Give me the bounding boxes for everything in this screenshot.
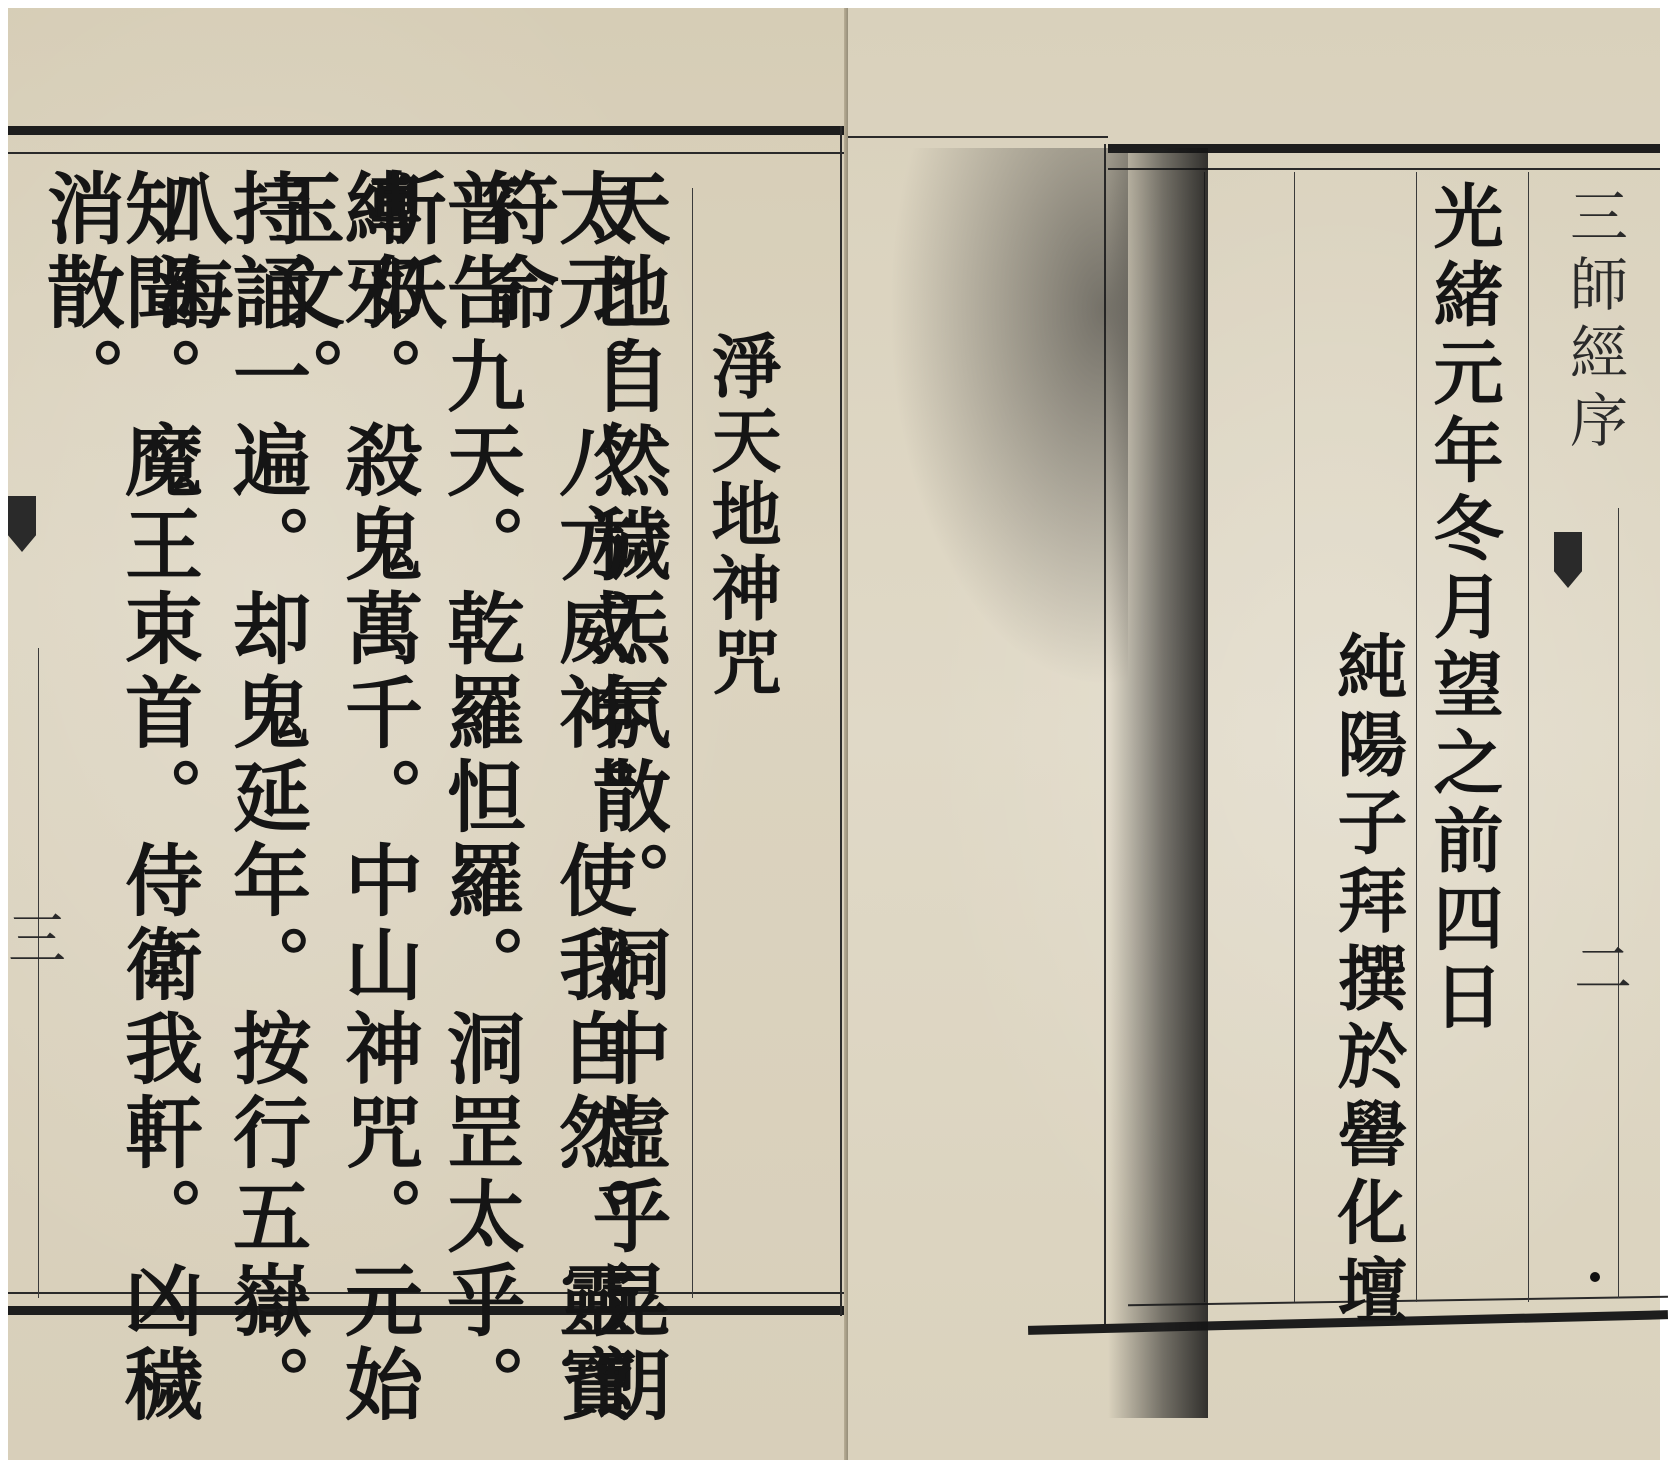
margin-fragment: 三 bbox=[0, 908, 74, 976]
column-divider bbox=[692, 188, 693, 1298]
margin-title: 三師經序 bbox=[1552, 186, 1636, 458]
column-rule-2 bbox=[1294, 172, 1295, 1302]
column-rule-4 bbox=[1528, 172, 1529, 1302]
date-column: 光緒元年冬月望之前四日 bbox=[1428, 180, 1498, 1038]
text-column-6: 知聞。魔王束首。侍衛我軒。凶穢消散。 bbox=[40, 168, 196, 1460]
ink-bleed-smudge bbox=[888, 148, 1128, 688]
top-border-left-segment bbox=[848, 136, 1108, 138]
incantation-title: 淨天地神咒 bbox=[706, 330, 776, 700]
right-frame-line bbox=[840, 126, 842, 1316]
fishtail-mark bbox=[1554, 532, 1582, 588]
page-number: 二 bbox=[1556, 938, 1640, 1006]
left-page: 淨天地神咒 天地自然穢炁氛散。洞中虛乎晃朗 太元。八方威神。使我自然。靈寶符命 … bbox=[8, 8, 848, 1460]
author-column: 純陽子拜撰於嚳化壇 bbox=[1332, 630, 1402, 1332]
top-border-thick bbox=[8, 126, 844, 135]
fishtail-mark bbox=[8, 496, 36, 552]
margin-rule bbox=[1618, 508, 1619, 1298]
book-spread: 淨天地神咒 天地自然穢炁氛散。洞中虛乎晃朗 太元。八方威神。使我自然。靈寶符命 … bbox=[8, 8, 1660, 1460]
column-rule-3 bbox=[1416, 172, 1417, 1302]
ink-dot bbox=[1590, 1272, 1600, 1282]
top-border-thin bbox=[8, 152, 844, 154]
